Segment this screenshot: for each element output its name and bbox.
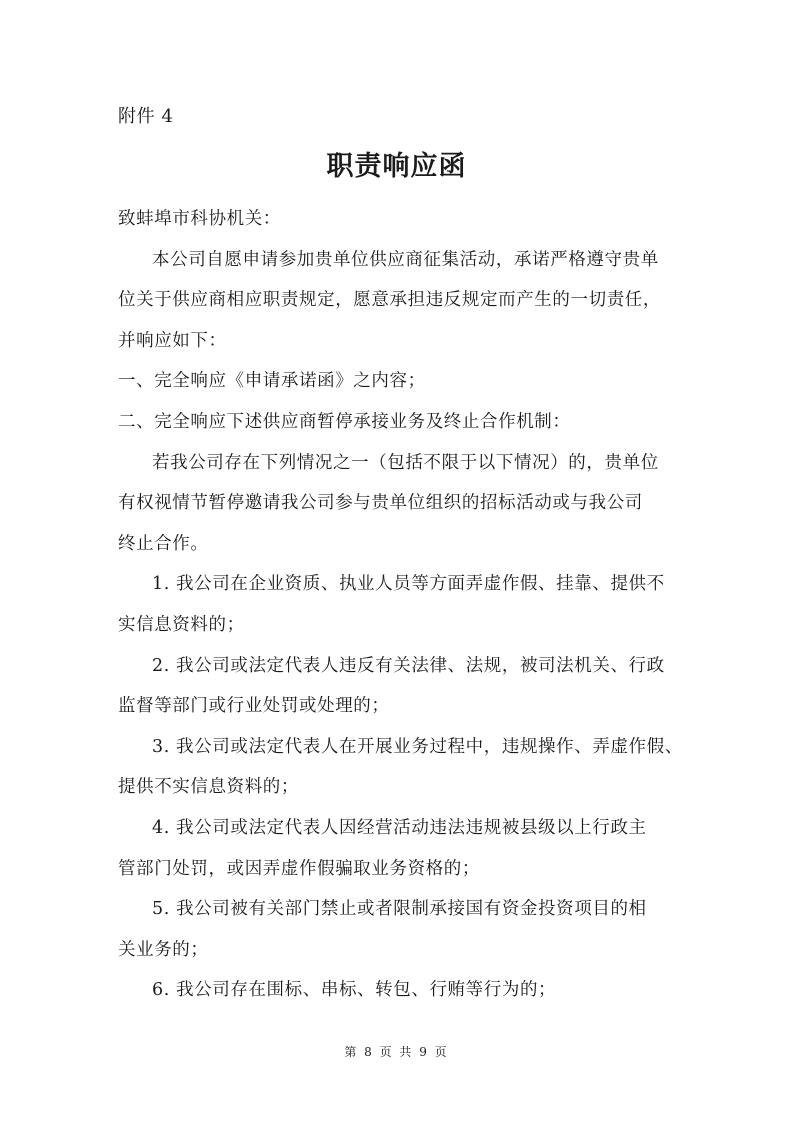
paragraph-line: 位关于供应商相应职责规定，愿意承担违反规定而产生的一切责任，: [118, 289, 661, 311]
list-item-line: 管部门处罚，或因弄虚作假骗取业务资格的；: [118, 858, 480, 880]
salutation: 致蚌埠市科协机关：: [118, 208, 281, 230]
list-item-line: 2. 我公司或法定代表人违反有关法律、法规，被司法机关、行政: [152, 655, 665, 677]
list-item-line: 6. 我公司存在围标、串标、转包、行贿等行为的；: [152, 979, 556, 1001]
page-footer: 第 8 页 共 9 页: [0, 1043, 793, 1060]
paragraph-line: 一、完全响应《申请承诺函》之内容；: [118, 370, 426, 392]
paragraph-line: 终止合作。: [118, 533, 209, 555]
paragraph-line: 若我公司存在下列情况之一（包括不限于以下情况）的，贵单位: [152, 452, 659, 474]
list-item-line: 提供不实信息资料的；: [118, 776, 299, 798]
list-item-line: 1. 我公司在企业资质、执业人员等方面弄虚作假、挂靠、提供不: [152, 573, 665, 595]
list-item-line: 监督等部门或行业处罚或处理的；: [118, 695, 390, 717]
list-item-line: 4. 我公司或法定代表人因经营活动违法违规被县级以上行政主: [152, 817, 647, 839]
list-item-line: 5. 我公司被有关部门禁止或者限制承接国有资金投资项目的相: [152, 898, 647, 920]
attachment-label: 附件 4: [118, 106, 174, 128]
paragraph-line: 有权视情节暂停邀请我公司参与贵单位组织的招标活动或与我公司: [118, 492, 643, 514]
paragraph-line: 二、完全响应下述供应商暂停承接业务及终止合作机制：: [118, 411, 571, 433]
list-item-line: 实信息资料的；: [118, 614, 245, 636]
paragraph-line: 本公司自愿申请参加贵单位供应商征集活动，承诺严格遵守贵单: [152, 249, 659, 271]
paragraph-line: 并响应如下：: [118, 330, 227, 352]
list-item-line: 关业务的；: [118, 939, 209, 961]
list-item-line: 3. 我公司或法定代表人在开展业务过程中，违规操作、弄虚作假、: [152, 736, 683, 758]
document-page: 附件 4 职责响应函 致蚌埠市科协机关： 本公司自愿申请参加贵单位供应商征集活动…: [0, 0, 793, 1122]
document-title: 职责响应函: [0, 150, 793, 184]
